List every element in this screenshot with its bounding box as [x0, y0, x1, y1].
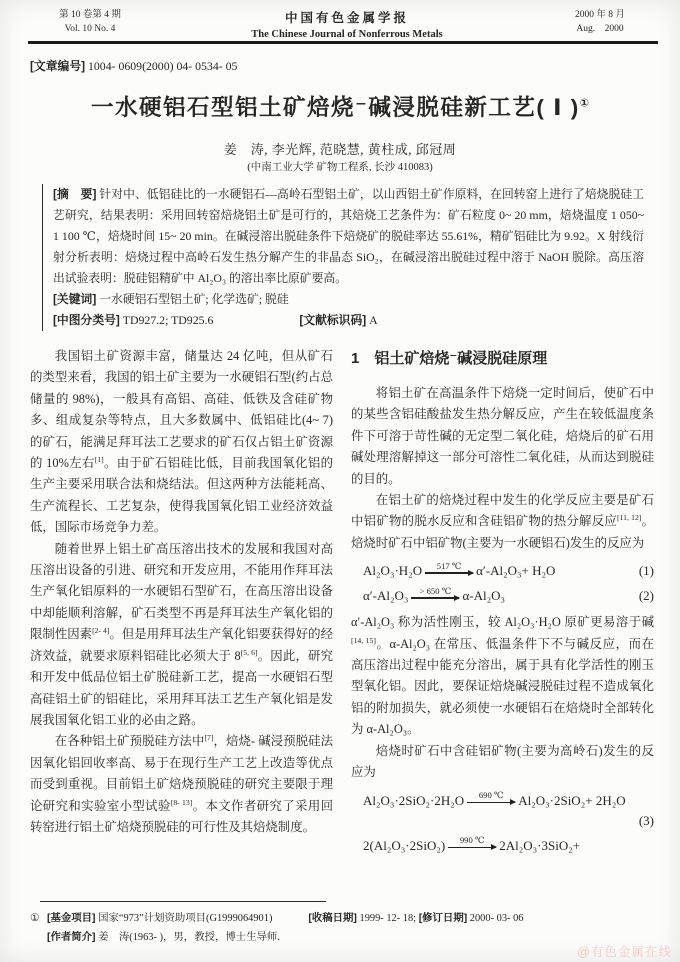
volume-cn: 第 10 卷第 4 期	[30, 8, 150, 22]
arrow-line	[448, 847, 496, 848]
reaction-arrow-icon: > 650 ℃	[411, 587, 459, 599]
equation-2-temp: > 650 ℃	[420, 587, 452, 596]
fund-item: [基金项目] 国家“973”计划资助项目(G1999064901)	[47, 910, 272, 927]
revised-text: 2000- 03- 06	[470, 913, 524, 924]
fund-text: 国家“973”计划资助项目(G1999064901)	[98, 913, 272, 924]
section-heading: 1 铝土矿焙烧⁻碱浸脱硅原理	[351, 348, 654, 370]
article-number-label: [文章编号]	[30, 59, 85, 73]
equation-3-rhs: Al₂O₃·2SiO₂+ 2H₂O	[518, 792, 625, 809]
reaction-arrow-icon: 990 ℃	[448, 836, 496, 848]
abstract-paragraph: [摘 要] 针对中、低铝硅比的一水硬铝石—高岭石型铝土矿，以山西铝土矿作原料，在…	[53, 184, 644, 289]
footnote-block: ① [基金项目] 国家“973”计划资助项目(G1999064901) [收稿日…	[30, 901, 654, 946]
equation-2-rhs: α-Al₂O₃	[462, 587, 505, 604]
fund-label: [基金项目]	[47, 913, 95, 924]
equation-1-temp: 517 ℃	[437, 562, 462, 571]
equation-2: α′-Al₂O₃ > 650 ℃ α-Al₂O₃ (2)	[363, 587, 654, 604]
equation-3: Al₂O₃·2SiO₂·2H₂O 690 ℃ Al₂O₃·2SiO₂+ 2H₂O…	[363, 792, 654, 829]
section-title: 铝土矿焙烧⁻碱浸脱硅原理	[374, 348, 547, 370]
affiliation: (中南工业大学 矿物工程系, 长沙 410083)	[0, 159, 680, 174]
arrow-line	[467, 802, 515, 803]
abstract-label: [摘 要]	[53, 187, 96, 201]
doc-code-value: A	[369, 313, 378, 327]
body-columns: 我国铝土矿资源丰富，储量达 24 亿吨，但从矿石的类型来看，我国的铝土矿主要为一…	[30, 346, 654, 882]
paper-title: 一水硬铝石型铝土矿焙烧⁻碱浸脱硅新工艺( Ⅰ )①	[0, 90, 680, 122]
section-paragraph-1: 将铝土矿在高温条件下焙烧一定时间后，使矿石中的某些含铝硅酸盐发生热分解反应，产生…	[351, 383, 654, 490]
author-list: 姜 涛, 李光辉, 范晓慧, 黄柱成, 邱冠周	[0, 139, 680, 158]
equation-4-rhs: 2Al₂O₃·3SiO₂+	[499, 837, 580, 854]
received-text: 1999- 12- 18;	[360, 913, 417, 924]
equation-1-lhs: Al₂O₃·H₂O	[363, 562, 422, 579]
equation-4-temp: 990 ℃	[460, 836, 485, 845]
clc-item: [中图分类号] TD927.2; TD925.6	[53, 310, 213, 331]
article-number-value: 1004- 0609(2000) 04- 0534- 05	[88, 59, 237, 73]
equation-2-number: (2)	[633, 587, 654, 604]
section-number: 1	[351, 348, 359, 370]
volume-info: 第 10 卷第 4 期 Vol. 10 No. 4	[30, 8, 150, 36]
arrow-line	[425, 572, 473, 573]
site-watermark: @有色金属在线	[577, 942, 672, 960]
section-paragraph-2: 在铝土矿的焙烧过程中发生的化学反应主要是矿石中铝矿物的脱水反应和含硅铝矿物的热分…	[351, 490, 654, 554]
clc-value: TD927.2; TD925.6	[123, 313, 214, 327]
equation-2-lhs: α′-Al₂O₃	[363, 587, 408, 604]
doc-code-label: [文献标识码]	[299, 313, 366, 327]
intro-paragraph-1: 我国铝土矿资源丰富，储量达 24 亿吨，但从矿石的类型来看，我国的铝土矿主要为一…	[30, 346, 333, 539]
reaction-arrow-icon: 517 ℃	[425, 562, 473, 574]
paper-title-text: 一水硬铝石型铝土矿焙烧⁻碱浸脱硅新工艺( Ⅰ )	[91, 95, 580, 120]
title-footnote-mark: ①	[580, 98, 589, 110]
equation-4-lhs: 2(Al₂O₃·2SiO₂)	[363, 837, 445, 854]
abstract-block: [摘 要] 针对中、低铝硅比的一水硬铝石—高岭石型铝土矿，以山西铝土矿作原料，在…	[42, 184, 644, 331]
equation-3-temp: 690 ℃	[479, 791, 504, 800]
intro-paragraph-3: 在各种铝土矿预脱硅方法中[7]，焙烧- 碱浸预脱硅法因氧化铝回收率高、易于在现行…	[30, 731, 333, 838]
dates-item: [收稿日期] 1999- 12- 18; [修订日期] 2000- 03- 06	[308, 910, 523, 927]
revised-label: [修订日期]	[419, 913, 467, 924]
volume-en: Vol. 10 No. 4	[30, 22, 150, 36]
journal-title-en: The Chinese Journal of Nonferrous Metals	[150, 29, 544, 40]
equation-1: Al₂O₃·H₂O 517 ℃ α′-Al₂O₃+ H₂O (1)	[363, 562, 654, 579]
section-paragraph-4: 焙烧时矿石中含硅铝矿物(主要为高岭石)发生的反应为	[351, 741, 654, 784]
doc-code-item: [文献标识码] A	[299, 310, 377, 331]
equation-3-number: (3)	[363, 812, 654, 829]
equation-3-lhs: Al₂O₃·2SiO₂·2H₂O	[363, 792, 464, 809]
footnote-line-2: [作者简介] 姜 涛(1963- )，男，教授，博士生导师.	[47, 929, 654, 946]
reaction-arrow-icon: 690 ℃	[467, 791, 515, 803]
article-number: [文章编号] 1004- 0609(2000) 04- 0534- 05	[30, 57, 237, 74]
left-column: 我国铝土矿资源丰富，储量达 24 亿吨，但从矿石的类型来看，我国的铝土矿主要为一…	[30, 346, 333, 882]
issue-date: 2000 年 8 月 Aug. 2000	[544, 8, 656, 36]
keywords-line: [关键词] 一水硬铝石型铝土矿; 化学选矿; 脱硅	[53, 289, 644, 310]
footnote-mark: ①	[30, 910, 47, 927]
received-label: [收稿日期]	[308, 913, 356, 924]
classification-line: [中图分类号] TD927.2; TD925.6 [文献标识码] A	[53, 310, 644, 331]
bio-text: 姜 涛(1963- )，男，教授，博士生导师.	[98, 932, 280, 943]
issue-date-en: Aug. 2000	[544, 22, 656, 36]
journal-page: { "header": { "volume_cn": "第 10 卷第 4 期"…	[0, 0, 680, 962]
section-paragraph-3: α′-Al₂O₃ 称为活性刚玉，较 Al₂O₃·H₂O 原矿更易溶于碱[14, …	[351, 612, 654, 740]
abstract-text: 针对中、低铝硅比的一水硬铝石—高岭石型铝土矿，以山西铝土矿作原料，在回转窑上进行…	[53, 187, 644, 285]
journal-header: 第 10 卷第 4 期 Vol. 10 No. 4 中国有色金属学报 The C…	[30, 8, 656, 40]
intro-paragraph-2: 随着世界上铝土矿高压溶出技术的发展和我国对高压溶出设备的引进、研究和开发应用，不…	[30, 539, 333, 732]
header-rule	[28, 41, 658, 44]
journal-title: 中国有色金属学报 The Chinese Journal of Nonferro…	[150, 8, 544, 40]
equation-4: 2(Al₂O₃·2SiO₂) 990 ℃ 2Al₂O₃·3SiO₂+	[363, 837, 654, 854]
issue-date-cn: 2000 年 8 月	[544, 8, 656, 22]
equation-1-number: (1)	[633, 562, 654, 579]
arrow-line	[411, 597, 459, 598]
bio-label: [作者简介]	[47, 932, 95, 943]
clc-label: [中图分类号]	[53, 313, 120, 327]
equation-1-rhs: α′-Al₂O₃+ H₂O	[476, 562, 555, 579]
footnote-line-1: ① [基金项目] 国家“973”计划资助项目(G1999064901) [收稿日…	[30, 910, 654, 927]
keywords-text: 一水硬铝石型铝土矿; 化学选矿; 脱硅	[99, 292, 288, 306]
journal-title-cn: 中国有色金属学报	[150, 8, 544, 26]
paper-sheet: 第 10 卷第 4 期 Vol. 10 No. 4 中国有色金属学报 The C…	[0, 0, 680, 962]
keywords-label: [关键词]	[53, 292, 96, 306]
footnote-rule	[40, 901, 326, 902]
right-column: 1 铝土矿焙烧⁻碱浸脱硅原理 将铝土矿在高温条件下焙烧一定时间后，使矿石中的某些…	[351, 346, 654, 882]
